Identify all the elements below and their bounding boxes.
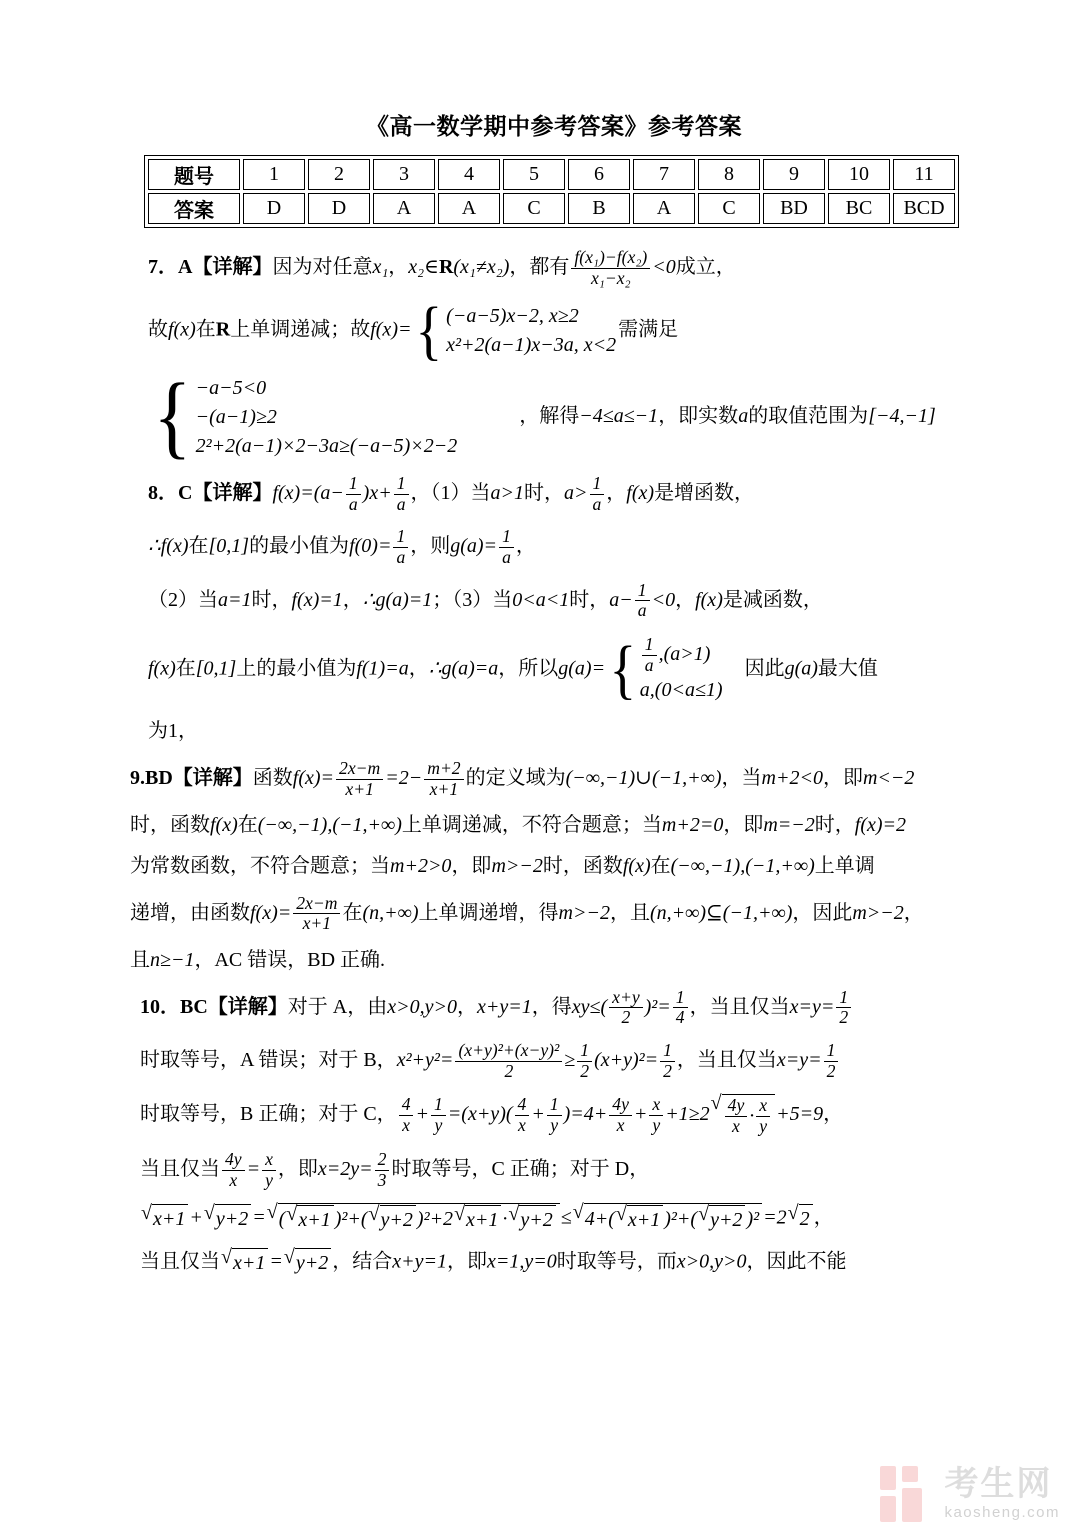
fraction-numerator: 1: [346, 474, 361, 495]
math-text: ≤: [561, 1207, 572, 1229]
solution-line-q9: 递增，由函数f(x)=2x−mx+1在(n,+∞)上单调递增，得m>−2，且(n…: [130, 894, 978, 934]
math-text: g(a)=: [450, 535, 497, 557]
fraction-numerator: 1: [394, 474, 409, 495]
answer-value-cell: A: [633, 193, 695, 224]
text: 最大值: [818, 657, 878, 679]
radical-sign: √: [369, 1204, 380, 1234]
text: 成立，: [676, 256, 736, 278]
math-text: f(1)=a: [356, 657, 408, 679]
math-text: x=1,y=0: [487, 1250, 557, 1272]
text: 在: [176, 657, 196, 679]
bold-text: 9.BD【详解】: [130, 767, 253, 789]
fraction-denominator: a: [346, 495, 361, 515]
question-number-cell: 9: [763, 159, 825, 190]
bold-text: 10．BC【详解】: [140, 995, 288, 1017]
text: 对于 A，由: [288, 995, 387, 1017]
page-title: 《高一数学期中参考答案》参考答案: [130, 108, 978, 141]
math-text: −a−5<0: [196, 377, 267, 399]
fraction-numerator: 1: [431, 1095, 446, 1116]
fraction: 2x−mx+1: [336, 759, 383, 799]
radical-sign: √: [508, 1204, 519, 1234]
text: 时取等号，B 正确；对于 C，: [140, 1103, 397, 1125]
text: 函数: [253, 767, 293, 789]
fraction: xy: [262, 1150, 276, 1190]
radical-sign: √: [454, 1204, 465, 1234]
solutions: 7．A【详解】因为对任意x₁，x₂∈R(x₁≠x₂)，都有f(x₁)−f(x₂)…: [130, 248, 978, 1277]
math-text: ·: [749, 1103, 754, 1131]
fraction-denominator: 3: [375, 1171, 390, 1191]
text: 时，: [524, 482, 564, 504]
fraction-numerator: 4y: [609, 1095, 632, 1116]
fraction-numerator: 2x−m: [293, 894, 340, 915]
math-text: f(x)=: [293, 767, 334, 789]
text: 在: [196, 319, 216, 341]
math-text: (x+y)²=: [594, 1049, 658, 1071]
text: ，: [343, 588, 363, 610]
answer-value-cell: C: [503, 193, 565, 224]
watermark-text: 考生网 kaosheng.com: [944, 1468, 1060, 1520]
math-text: )x+: [363, 482, 392, 504]
solution-line-q8: 8．C【详解】f(x)=(a−1a)x+1a，（1）当a>1时，a>1a，f(x…: [130, 474, 978, 514]
math-text: (−a−5)x−2, x≥2: [446, 305, 579, 327]
math-text: n≥−1: [150, 949, 194, 971]
math-text: =: [247, 1158, 261, 1180]
fraction-denominator: 2: [660, 1062, 675, 1082]
math-text: y+2: [520, 1207, 552, 1235]
math-text: =(x+y)(: [448, 1103, 513, 1125]
fraction: xy: [756, 1096, 770, 1136]
fraction-denominator: x: [399, 1116, 414, 1136]
fraction: 4x: [399, 1095, 414, 1135]
math-text: y+2: [381, 1207, 413, 1235]
case-row: x²+2(a−1)x−3a, x<2: [446, 331, 616, 360]
square-root: √4+(√x+1)²+(√y+2)²: [573, 1203, 762, 1235]
answer-value-cell: BC: [828, 193, 890, 224]
math-text: a=1: [218, 588, 252, 610]
radicand: x+1: [152, 1204, 188, 1234]
square-root: √y+2: [204, 1204, 251, 1234]
fraction-numerator: 1: [660, 1041, 675, 1062]
fraction-numerator: 4: [515, 1095, 530, 1116]
text: ，因此不能: [746, 1250, 846, 1272]
answer-value-cell: BCD: [893, 193, 955, 224]
math-text: )²=: [645, 995, 671, 1017]
solution-line-q10: 当且仅当4yx=xy，即x=2y=23时取等号，C 正确；对于 D，: [130, 1150, 978, 1190]
text: 上单调递减，不符合题意；当: [402, 814, 662, 836]
text: ，（1）当: [411, 482, 491, 504]
math-text: a: [738, 405, 748, 427]
text: 的最小值为: [249, 535, 349, 557]
fraction-denominator: y: [756, 1117, 770, 1137]
fraction: 1a: [590, 474, 605, 514]
text: ，即: [823, 767, 863, 789]
fraction: f(x₁)−f(x₂)x₁−x₂: [571, 248, 650, 288]
text: 时，: [815, 814, 855, 836]
fraction-numerator: x: [649, 1095, 663, 1116]
math-text: x+1: [298, 1207, 330, 1235]
case-row: 2²+2(a−1)×2−3a≥(−a−5)×2−2: [196, 432, 458, 461]
text: 时取等号，C 正确；对于 D，: [391, 1158, 649, 1180]
text: 递增，由函数: [130, 901, 250, 923]
text: 当且仅当: [140, 1158, 220, 1180]
math-text: ≥: [564, 1049, 575, 1071]
text: 在: [188, 535, 208, 557]
case-row: a,(0<a≤1): [640, 676, 723, 705]
math-text: x>0,y>0: [387, 995, 457, 1017]
text: ，即实数: [658, 405, 738, 427]
kaosheng-logo-icon: [880, 1466, 936, 1522]
radical-sign: √: [698, 1204, 709, 1234]
case-row: −(a−1)≥2: [196, 403, 458, 432]
math-text: )²+(: [664, 1206, 697, 1234]
radicand: 4yx·xy: [722, 1094, 775, 1136]
fraction-numerator: 1: [547, 1095, 562, 1116]
text: 因为对任意: [272, 256, 372, 278]
text: ，当: [722, 767, 762, 789]
square-root: √y+2: [508, 1205, 555, 1235]
math-text: +: [189, 1207, 203, 1229]
radical-sign: √: [788, 1203, 799, 1233]
fraction: 4yx: [725, 1096, 748, 1136]
fraction: 1a: [635, 581, 650, 621]
question-number-cell: 5: [503, 159, 565, 190]
fraction-denominator: x₁−x₂: [571, 269, 650, 289]
fraction-numerator: x+y: [609, 988, 643, 1009]
radical-sign: √: [711, 1093, 722, 1135]
square-root: √2: [788, 1204, 813, 1234]
math-text: (−∞,−1)∪(−1,+∞): [566, 767, 722, 789]
text: ，所以: [498, 657, 558, 679]
math-text: f(x)=(a−: [272, 482, 343, 504]
square-root: √x+1: [616, 1205, 663, 1235]
text: ，: [516, 535, 536, 557]
cases-column: −a−5<0−(a−1)≥22²+2(a−1)×2−3a≥(−a−5)×2−2: [196, 374, 458, 461]
math-text: f(x)=: [370, 319, 411, 341]
text: 的取值范围为: [748, 405, 868, 427]
math-text: x=y=: [777, 1049, 822, 1071]
text: ，: [904, 901, 924, 923]
text: ，即: [723, 814, 763, 836]
fraction-denominator: a: [393, 548, 408, 568]
solution-line-q10: √x+1+√y+2=√(√x+1)²+(√y+2)²+2√x+1·√y+2≤√4…: [130, 1203, 978, 1235]
math-text: )=4+: [564, 1103, 608, 1125]
text: 时，: [252, 588, 292, 610]
math-text: y+2: [710, 1207, 742, 1235]
answer-value-cell: A: [438, 193, 500, 224]
math-text: f(x): [210, 814, 238, 836]
text: ，即: [451, 855, 491, 877]
radical-sign: √: [286, 1204, 297, 1234]
fraction: 12: [836, 988, 851, 1028]
math-text: (−∞,−1),(−1,+∞): [258, 814, 402, 836]
math-text: (x₁≠x₂): [453, 256, 509, 278]
radicand: y+2: [215, 1204, 251, 1234]
radicand: x+1: [297, 1205, 333, 1235]
fraction-denominator: 2: [824, 1062, 839, 1082]
logo-block: [880, 1466, 896, 1490]
math-text: x>0,y>0: [677, 1250, 747, 1272]
fraction: 12: [577, 1041, 592, 1081]
radicand: x+1: [232, 1248, 268, 1278]
text: ，: [606, 482, 626, 504]
fraction-numerator: x: [756, 1096, 770, 1117]
fraction: 14: [673, 988, 688, 1028]
left-brace: {: [416, 301, 443, 360]
math-text: =: [269, 1250, 283, 1272]
math-text: f(x): [148, 657, 176, 679]
radicand: x+1: [465, 1205, 501, 1235]
fraction-numerator: 4y: [222, 1150, 245, 1171]
solution-line-q7: 故f(x)在R上单调递减；故f(x)={(−a−5)x−2, x≥2x²+2(a…: [130, 301, 978, 360]
math-text: a>: [564, 482, 588, 504]
text: （2）当: [148, 588, 218, 610]
question-number-cell: 7: [633, 159, 695, 190]
fraction: 1a: [499, 527, 514, 567]
math-text: <0: [652, 588, 676, 610]
fraction-denominator: a: [394, 495, 409, 515]
math-text: +: [531, 1103, 545, 1125]
math-text: [0,1]: [208, 535, 249, 557]
question-number-cell: 10: [828, 159, 890, 190]
fraction: 1a: [394, 474, 409, 514]
fraction: 12: [660, 1041, 675, 1081]
text: 的定义域为: [466, 767, 566, 789]
text: ，: [823, 1103, 843, 1125]
radicand: (√x+1)²+(√y+2)²+2√x+1·√y+2: [278, 1203, 560, 1235]
fraction-numerator: 1: [824, 1041, 839, 1062]
fraction-denominator: y: [547, 1116, 562, 1136]
piecewise-cases: {−a−5<0−(a−1)≥22²+2(a−1)×2−3a≥(−a−5)×2−2: [150, 374, 457, 461]
text: ，得: [532, 995, 572, 1017]
radical-sign: √: [221, 1247, 232, 1277]
answer-table-numbers-row: 题号 1234567891011: [148, 159, 955, 190]
fraction-denominator: x: [222, 1171, 245, 1191]
fraction: 4yx: [609, 1095, 632, 1135]
watermark-site-name: 考生网: [944, 1468, 1060, 1502]
fraction-denominator: 2: [609, 1008, 643, 1028]
math-text: x+1: [233, 1250, 265, 1278]
math-text: −(a−1)≥2: [196, 406, 277, 428]
text: ，: [409, 657, 429, 679]
case-row: −a−5<0: [196, 374, 458, 403]
case-row: (−a−5)x−2, x≥2: [446, 302, 616, 331]
text: 是减函数，: [723, 588, 823, 610]
fraction-numerator: 1: [635, 581, 650, 602]
fraction: 1a: [346, 474, 361, 514]
math-text: a>1: [491, 482, 525, 504]
math-text: +: [415, 1103, 429, 1125]
answer-table-row2-label: 答案: [148, 193, 240, 224]
math-text: ∴g(a)=a: [429, 657, 499, 679]
math-text: [−4,−1]: [868, 405, 936, 427]
text: ，结合: [332, 1250, 392, 1272]
text: 上单调递增，得: [419, 901, 559, 923]
math-text: f(x)=2: [855, 814, 906, 836]
math-text: x+y=1: [392, 1250, 447, 1272]
text: 且: [130, 949, 150, 971]
math-text: f(0)=: [349, 535, 391, 557]
math-text: =2−: [385, 767, 422, 789]
fraction-denominator: x: [725, 1117, 748, 1137]
fraction-denominator: a: [642, 656, 657, 676]
math-text: f(x): [626, 482, 654, 504]
radicand: x+1: [627, 1205, 663, 1235]
fraction-numerator: 1: [499, 527, 514, 548]
fraction-denominator: a: [499, 548, 514, 568]
watermark: 考生网 kaosheng.com: [880, 1466, 1060, 1522]
text: ，因此: [792, 901, 852, 923]
solution-line-q9: 为常数函数，不符合题意；当m+2>0，即m>−2时，函数f(x)在(−∞,−1)…: [130, 853, 978, 881]
text: ，且: [610, 901, 650, 923]
fraction-numerator: 1: [673, 988, 688, 1009]
question-number-cell: 3: [373, 159, 435, 190]
math-text: a,(0<a≤1): [640, 679, 723, 701]
text: 在: [342, 901, 362, 923]
fraction-denominator: x+1: [424, 780, 463, 800]
text: 是增函数，: [654, 482, 754, 504]
fraction-numerator: 1: [393, 527, 408, 548]
math-text: +5=9: [776, 1103, 823, 1125]
math-text: x+1: [153, 1206, 185, 1234]
fraction-numerator: m+2: [424, 759, 463, 780]
answer-value-cell: BD: [763, 193, 825, 224]
text: ，解得: [459, 405, 579, 427]
text: ，: [388, 256, 408, 278]
left-brace: {: [609, 640, 636, 699]
text: 上单调递减；故: [230, 319, 370, 341]
text: 时，函数: [543, 855, 623, 877]
math-text: )²+(: [335, 1206, 368, 1234]
case-row: 1a,(a>1): [640, 634, 723, 676]
square-root: √4yx·xy: [711, 1094, 775, 1136]
square-root: √y+2: [369, 1205, 416, 1235]
math-text: x₁: [372, 256, 388, 278]
fraction: 2x−mx+1: [293, 894, 340, 934]
text: 在: [651, 855, 671, 877]
solution-line-q9: 时，函数f(x)在(−∞,−1),(−1,+∞)上单调递减，不符合题意；当m+2…: [130, 812, 978, 840]
math-text: 0<a<1: [512, 588, 569, 610]
radical-sign: √: [267, 1202, 278, 1234]
math-text: )²+2: [417, 1206, 453, 1234]
answer-value-cell: A: [373, 193, 435, 224]
fraction-numerator: 1: [577, 1041, 592, 1062]
document-page: 《高一数学期中参考答案》参考答案 题号 1234567891011 答案 DDA…: [0, 0, 1078, 1277]
math-text: =: [252, 1207, 266, 1229]
answer-table-row1-label: 题号: [148, 159, 240, 190]
radical-sign: √: [573, 1202, 584, 1234]
fraction: 1y: [431, 1095, 446, 1135]
solution-line-q8: （2）当a=1时，f(x)=1，∴g(a)=1；（3）当0<a<1时，a−1a<…: [130, 581, 978, 621]
text: ，即: [447, 1250, 487, 1272]
math-text: x₂∈: [408, 256, 439, 278]
math-text: (n,+∞)⊆(−1,+∞): [650, 901, 792, 923]
logo-block: [880, 1496, 896, 1522]
math-text: +1≥2: [665, 1103, 709, 1125]
square-root: √(√x+1)²+(√y+2)²+2√x+1·√y+2: [267, 1203, 560, 1235]
math-text: x+1: [628, 1207, 660, 1235]
radicand: y+2: [295, 1248, 331, 1278]
bold-text: R: [216, 319, 230, 341]
text: 需满足: [618, 319, 678, 341]
radical-sign: √: [616, 1204, 627, 1234]
solution-line-q10: 时取等号，B 正确；对于 C，4x+1y=(x+y)(4x+1y)=4+4yx+…: [130, 1094, 978, 1136]
piecewise-cases: {1a,(a>1)a,(0<a≤1): [607, 634, 722, 705]
solution-line-q9: 9.BD【详解】函数f(x)=2x−mx+1=2−m+2x+1的定义域为(−∞,…: [130, 759, 978, 799]
question-number-cell: 6: [568, 159, 630, 190]
text: ，AC 错误，BD 正确.: [194, 949, 385, 971]
solution-line-q10: 时取等号，A 错误；对于 B，x²+y²=(x+y)²+(x−y)²2≥12(x…: [130, 1041, 978, 1081]
math-text: m>−2: [559, 901, 610, 923]
solution-line-q10: 10．BC【详解】对于 A，由x>0,y>0，x+y=1，得xy≤(x+y2)²…: [130, 988, 978, 1028]
radicand: y+2: [709, 1205, 745, 1235]
fraction-numerator: f(x₁)−f(x₂): [571, 248, 650, 269]
text: 为1，: [148, 720, 198, 742]
math-text: f(x): [695, 588, 723, 610]
answer-value-cell: D: [308, 193, 370, 224]
question-number-cell: 1: [243, 159, 305, 190]
text: 上的最小值为: [236, 657, 356, 679]
square-root: √y+2: [698, 1205, 745, 1235]
radicand: y+2: [380, 1205, 416, 1235]
fraction: 1y: [547, 1095, 562, 1135]
text: ，则: [410, 535, 450, 557]
math-text: (−∞,−1),(−1,+∞): [671, 855, 815, 877]
radical-sign: √: [284, 1247, 295, 1277]
fraction-numerator: 4: [399, 1095, 414, 1116]
math-text: y+2: [216, 1206, 248, 1234]
math-text: y+2: [296, 1250, 328, 1278]
math-text: ∴g(a)=1: [363, 588, 433, 610]
text: 时，: [569, 588, 609, 610]
math-text: 2²+2(a−1)×2−3a≥(−a−5)×2−2: [196, 435, 458, 457]
text: ，当且仅当: [677, 1049, 777, 1071]
fraction-denominator: a: [635, 601, 650, 621]
text: ，都有: [509, 256, 569, 278]
solution-line-q8: f(x)在[0,1]上的最小值为f(1)=a，∴g(a)=a，所以g(a)={1…: [130, 634, 978, 705]
fraction-numerator: 4y: [725, 1096, 748, 1117]
fraction: 23: [375, 1150, 390, 1190]
math-text: m<−2: [863, 767, 914, 789]
math-text: f(x): [168, 319, 196, 341]
math-text: <0: [652, 256, 676, 278]
fraction-denominator: y: [262, 1171, 276, 1191]
text: ；（3）当: [432, 588, 512, 610]
math-text: (n,+∞): [362, 901, 418, 923]
fraction: xy: [649, 1095, 663, 1135]
fraction-numerator: 1: [590, 474, 605, 495]
math-text: xy≤(: [572, 995, 607, 1017]
fraction-numerator: 2x−m: [336, 759, 383, 780]
math-text: 4+(: [585, 1206, 615, 1234]
solution-line-q9: 且n≥−1，AC 错误，BD 正确.: [130, 947, 978, 975]
text: 时，函数: [130, 814, 210, 836]
math-text: m=−2: [763, 814, 814, 836]
math-text: (: [279, 1206, 286, 1234]
fraction: 4x: [515, 1095, 530, 1135]
answer-table: 题号 1234567891011 答案 DDAACBACBDBCBCD: [144, 155, 959, 228]
math-text: x²+2(a−1)x−3a, x<2: [446, 334, 616, 356]
solution-line-q7: 7．A【详解】因为对任意x₁，x₂∈R(x₁≠x₂)，都有f(x₁)−f(x₂)…: [130, 248, 978, 288]
fraction: 12: [824, 1041, 839, 1081]
logo-block: [902, 1488, 922, 1522]
math-text: )²: [746, 1206, 759, 1234]
text: 因此: [725, 657, 785, 679]
radicand: 2: [799, 1204, 813, 1234]
fraction: m+2x+1: [424, 759, 463, 799]
math-text: 2: [800, 1206, 810, 1234]
math-text: m>−2: [491, 855, 542, 877]
question-number-cell: 2: [308, 159, 370, 190]
